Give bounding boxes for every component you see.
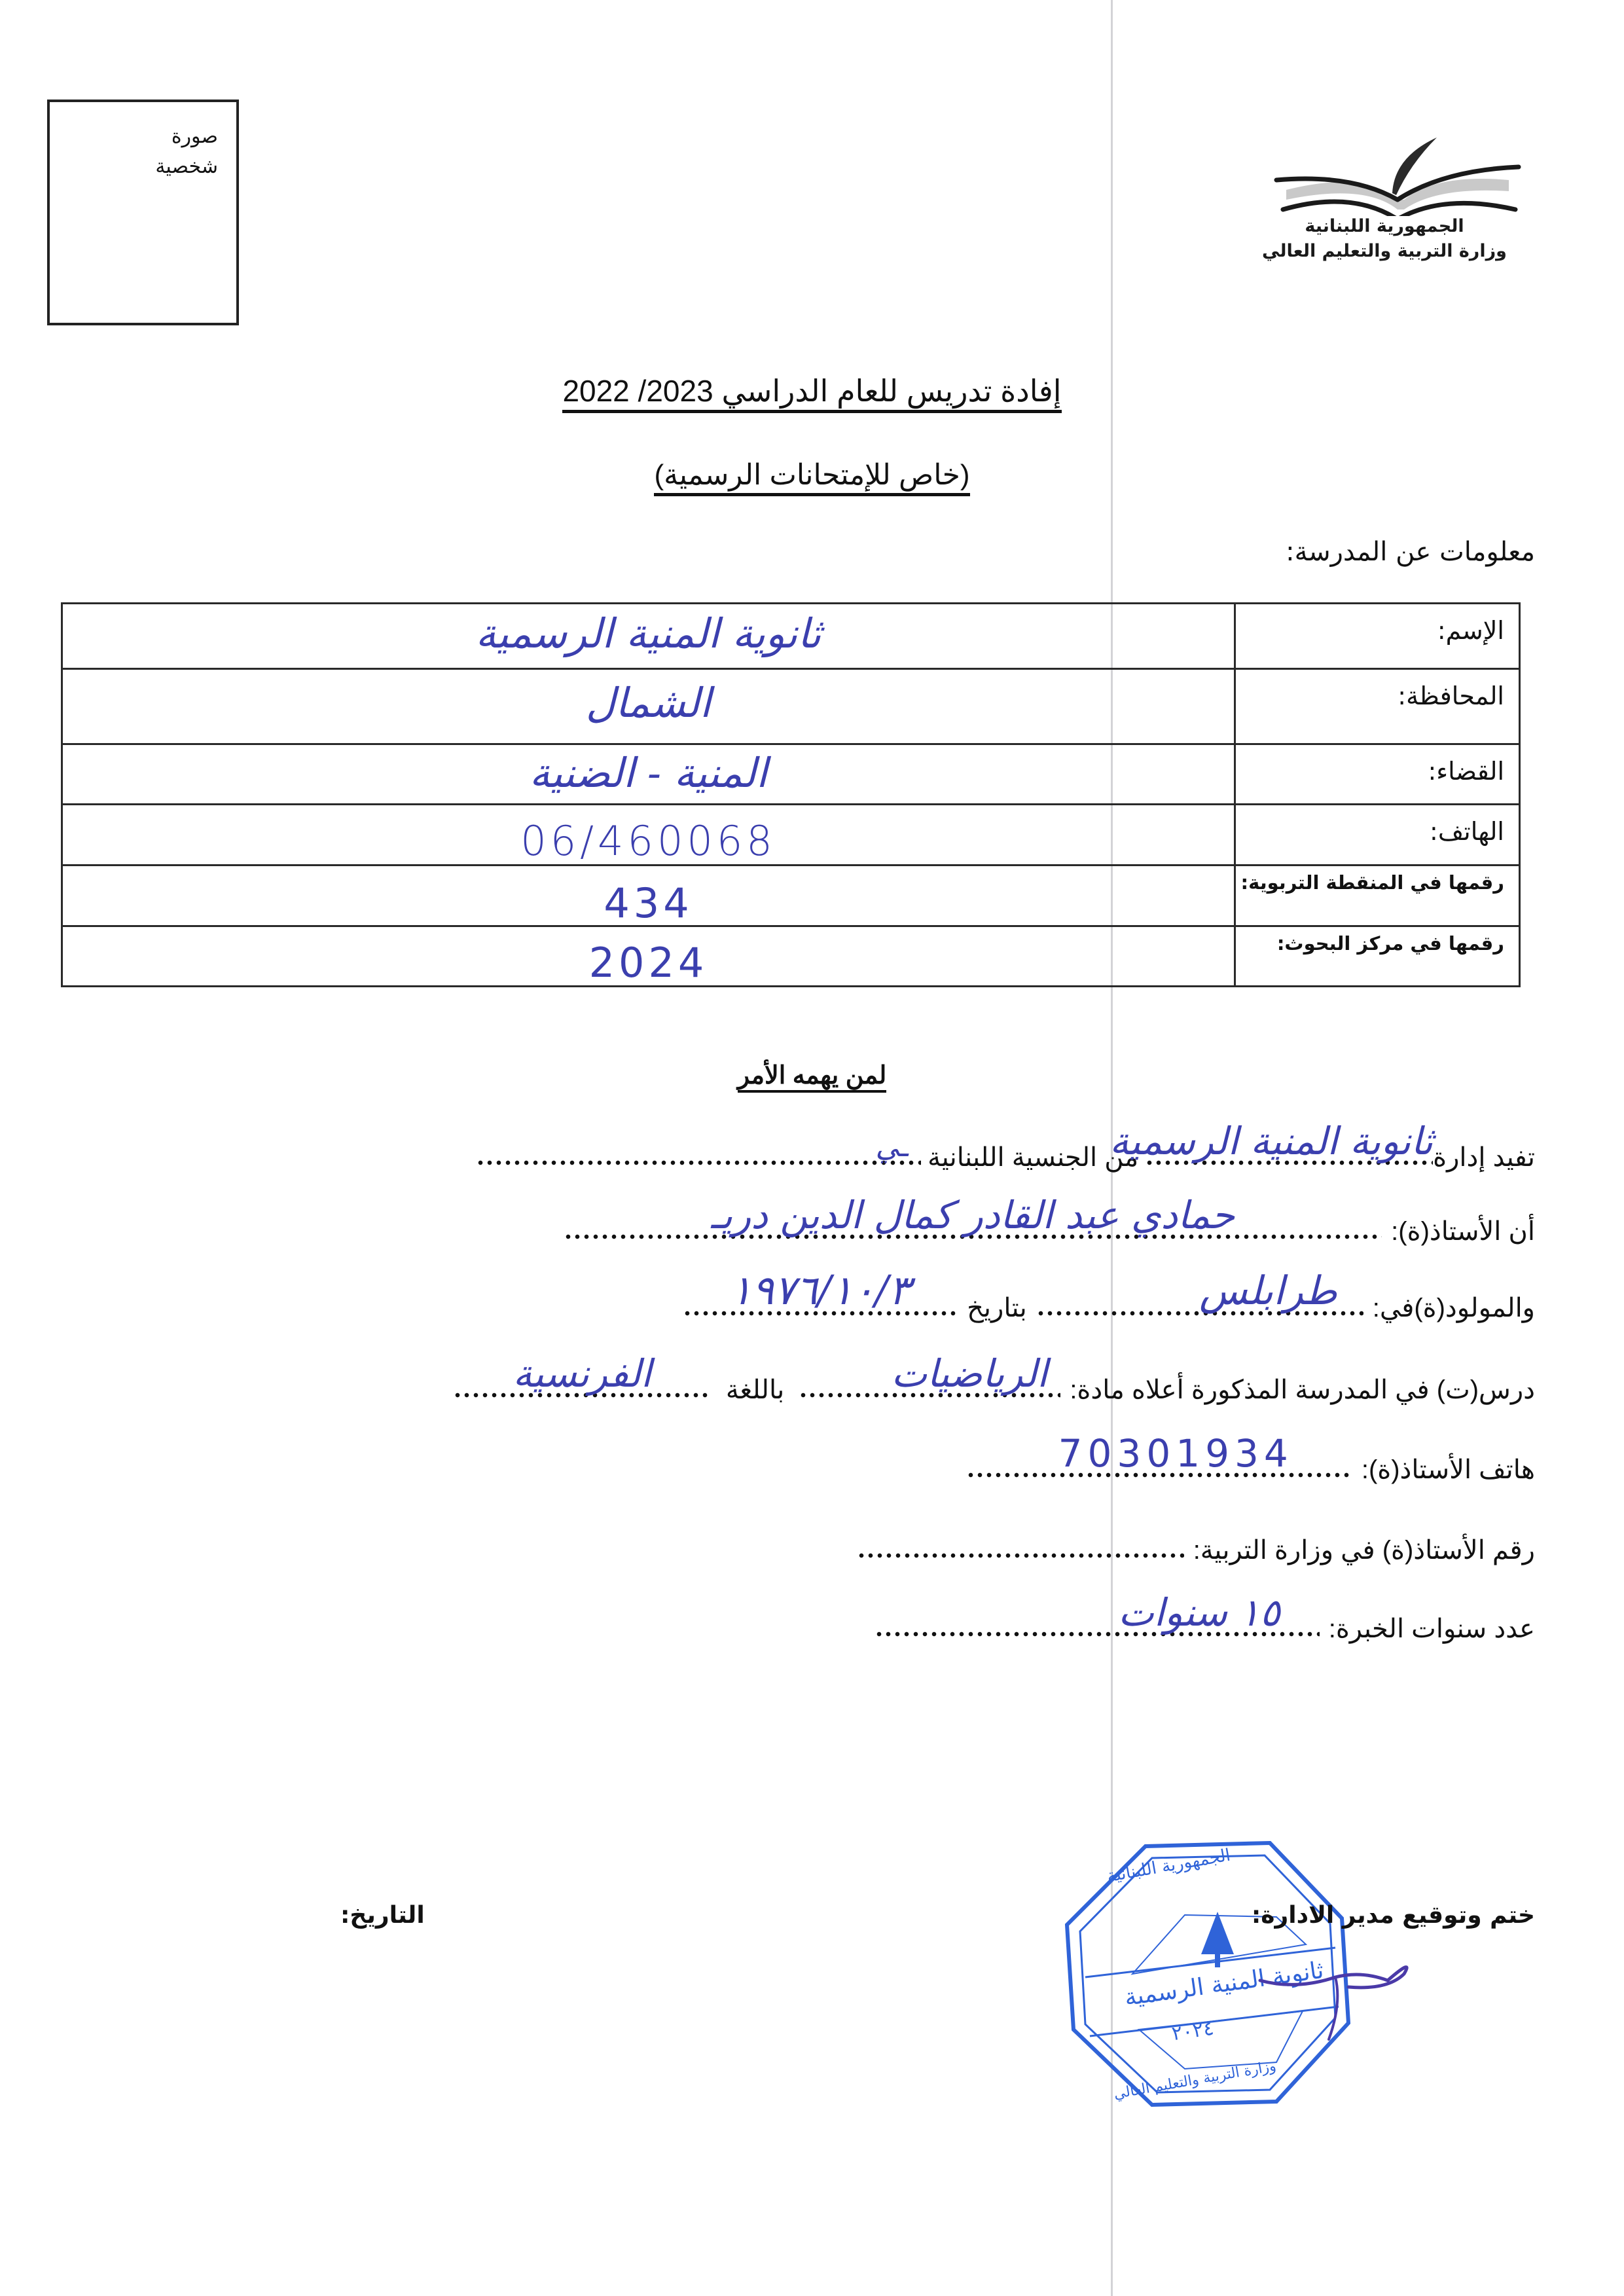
table-row: 06/460068 الهاتف: [62,805,1520,866]
school-name-value: ثانوية المنية الرسمية [63,610,1234,657]
school-name-label: الإسم: [1235,604,1520,669]
open-book-quill-icon [1247,118,1522,216]
language-value: الفرنسية [453,1351,712,1396]
birth-place-value: طرابلس [1199,1268,1337,1314]
administration-line: تفيد إدارة ثانوية المنية الرسمية من الجن… [476,1142,1535,1173]
experience-value: ١٥ سنوات [1118,1590,1280,1635]
photo-label: صورة شخصية [155,122,218,182]
table-row: الشمال المحافظة: [62,669,1520,744]
governorate-value: الشمال [63,679,1234,727]
teacher-name-field[interactable]: حمادي عبد القادر كمال الدين دريـ [564,1220,1382,1240]
subject-line: درس(ت) في المدرسة المذكورة أعلاه مادة: ا… [453,1375,1535,1405]
teacher-phone-value: 70301934 [1058,1431,1293,1476]
edu-zone-number-value: 434 [63,879,1234,927]
document-subtitle-text: (خاص للإمتحانات الرسمية) [654,458,969,496]
photo-label-line1: صورة [155,122,218,152]
table-row: المنية - الضنية القضاء: [62,744,1520,805]
school-info-table: ثانوية المنية الرسمية الإسم: الشمال المح… [61,602,1521,987]
ministry-logo: الجمهورية اللبنانية وزارة التربية والتعل… [1247,118,1522,268]
school-info-heading: معلومات عن المدرسة: [1286,537,1535,567]
edu-zone-number-label: رقمها في المنقطة التربوية: [1235,866,1520,926]
teacher-phone-field[interactable]: 70301934 [966,1459,1352,1478]
phone-value-cell[interactable]: 06/460068 [62,805,1235,866]
birth-line: والمولود(ة)في: طرابلس بتاريخ ١٩٧٦/١٠/٣ [683,1293,1535,1323]
birth-date-value: ١٩٧٦/١٠/٣ [683,1266,958,1314]
ministry-number-label: رقم الأستاذ(ة) في وزارة التربية: [1193,1535,1535,1565]
district-label: القضاء: [1235,744,1520,805]
nationality-text: من الجنسية اللبنانية [928,1142,1138,1173]
research-center-number-label: رقمها في مركز البحوث: [1235,926,1520,987]
school-phone-value: 06/460068 [63,817,1234,865]
table-row: 2024 رقمها في مركز البحوث: [62,926,1520,987]
cedar-tree-icon [1201,1912,1234,1967]
research-center-number-value: 2024 [63,939,1234,987]
birth-date-label: بتاريخ [967,1293,1027,1323]
experience-line: عدد سنوات الخبرة: ١٥ سنوات [875,1614,1535,1644]
ministry-number-line: رقم الأستاذ(ة) في وزارة التربية: [857,1535,1535,1565]
birth-place-label: والمولود(ة)في: [1373,1293,1535,1323]
document-title: إفادة تدريس للعام الدراسي 2023/ 2022 [0,373,1624,413]
edu-zone-number-value-cell[interactable]: 434 [62,866,1235,926]
document-title-text: إفادة تدريس للعام الدراسي 2023/ 2022 [562,373,1061,413]
teacher-line: أن الأستاذ(ة): حمادي عبد القادر كمال الد… [564,1216,1535,1247]
to-whom-it-may-concern-heading: لمن يهمه الأمر [0,1061,1624,1093]
experience-label: عدد سنوات الخبرة: [1329,1614,1535,1644]
nationality-field[interactable]: ـي [476,1146,921,1166]
nationality-mark: ـي [876,1130,909,1163]
ministry-number-field[interactable] [857,1539,1184,1559]
teacher-phone-label: هاتف الأستاذ(ة): [1362,1455,1535,1485]
document-subtitle: (خاص للإمتحانات الرسمية) [0,458,1624,496]
district-value: المنية - الضنية [63,749,1234,797]
birth-date-field[interactable]: ١٩٧٦/١٠/٣ [683,1297,958,1317]
logo-ministry-text: وزارة التربية والتعليم العالي [1247,241,1522,261]
subject-label: درس(ت) في المدرسة المذكورة أعلاه مادة: [1070,1375,1535,1405]
administration-value: ثانوية المنية الرسمية [1145,1119,1433,1163]
teacher-phone-line: هاتف الأستاذ(ة): 70301934 [966,1455,1535,1485]
table-row: 434 رقمها في المنقطة التربوية: [62,866,1520,926]
director-signature-icon [1257,1951,1420,2043]
administration-prefix: تفيد إدارة [1433,1142,1535,1173]
photo-placeholder-box: صورة شخصية [47,100,239,325]
governorate-value-cell[interactable]: الشمال [62,669,1235,744]
language-label: باللغة [726,1375,785,1405]
footer-date-label: التاريخ: [340,1902,425,1929]
photo-label-line2: شخصية [155,152,218,182]
administration-field[interactable]: ثانوية المنية الرسمية [1145,1146,1433,1166]
research-center-number-value-cell[interactable]: 2024 [62,926,1235,987]
experience-field[interactable]: ١٥ سنوات [875,1618,1320,1637]
subject-field[interactable]: الرياضيات [799,1379,1060,1398]
school-name-value-cell[interactable]: ثانوية المنية الرسمية [62,604,1235,669]
subject-value: الرياضيات [892,1351,1048,1396]
director-signature-label: ختم وتوقيع مدير الادارة: [1252,1902,1535,1929]
teacher-name-value: حمادي عبد القادر كمال الدين دريـ [564,1193,1382,1237]
teacher-label: أن الأستاذ(ة): [1391,1216,1535,1247]
phone-label: الهاتف: [1235,805,1520,866]
birth-place-field[interactable]: طرابلس [1036,1297,1363,1317]
heading-text: لمن يهمه الأمر [738,1061,887,1093]
governorate-label: المحافظة: [1235,669,1520,744]
language-field[interactable]: الفرنسية [453,1379,712,1398]
logo-country-text: الجمهورية اللبنانية [1247,216,1522,236]
table-row: ثانوية المنية الرسمية الإسم: [62,604,1520,669]
district-value-cell[interactable]: المنية - الضنية [62,744,1235,805]
